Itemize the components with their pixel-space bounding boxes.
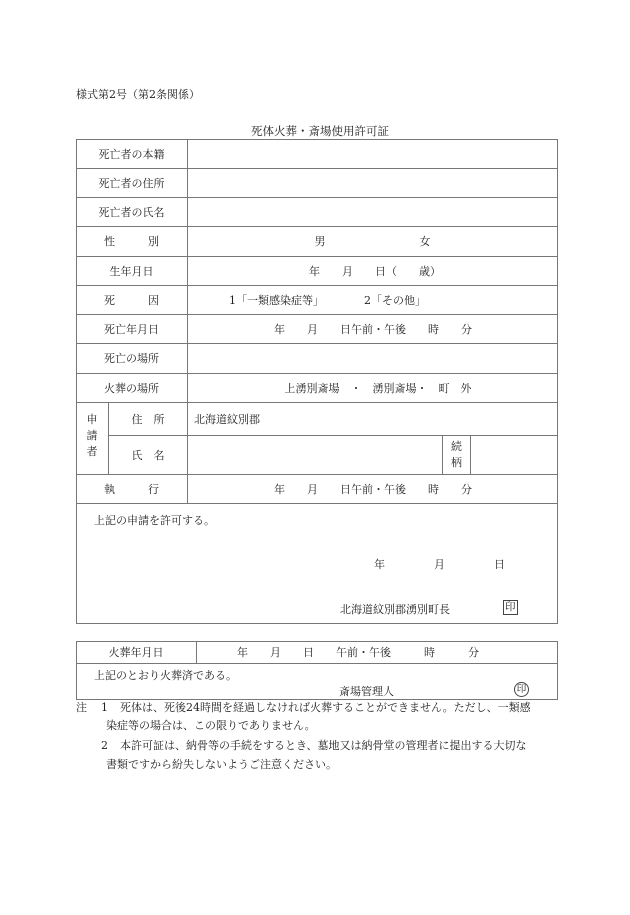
label-death-date: 死亡年月日 xyxy=(76,314,187,343)
note-number: 1 xyxy=(101,700,108,716)
note-1-line-2: 染症等の場合は、この限りでありません。 xyxy=(106,718,316,734)
official-seal-icon: 印 xyxy=(503,600,518,615)
permission-statement: 上記の申請を許可する。 xyxy=(94,512,215,528)
note-1-line-1: 死体は、死後24時間を経過しなければ火葬することができません。ただし、一類感 xyxy=(120,700,531,716)
domicile-field[interactable] xyxy=(188,139,557,168)
column-divider xyxy=(196,641,197,663)
execution-date-field[interactable]: 年 月 日午前・午後 時 分 xyxy=(258,474,488,503)
note-2-line-1: 本許可証は、納骨等の手続をするとき、墓地又は納骨堂の管理者に提出する大切な xyxy=(120,738,527,754)
death-date-field[interactable]: 年 月 日午前・午後 時 分 xyxy=(258,314,488,343)
applicant-group-label: 申 請 者 xyxy=(76,412,108,460)
label-address: 死亡者の住所 xyxy=(76,168,187,197)
cause-option-other[interactable]: 2「その他」 xyxy=(364,285,434,314)
cremation-place-options[interactable]: 上湧別斎場 ・ 湧別斎場・ 町 外 xyxy=(268,373,488,402)
seal-mark: 印 xyxy=(503,600,518,615)
label-cremation-date: 火葬年月日 xyxy=(76,641,196,663)
relation-char: 柄 xyxy=(443,455,470,471)
label-name: 死亡者の氏名 xyxy=(76,197,187,226)
applicant-char: 者 xyxy=(76,444,108,460)
table-border-bottom xyxy=(76,623,558,624)
table-border-right xyxy=(557,641,558,700)
notes-prefix: 注 xyxy=(76,700,87,716)
applicant-char: 請 xyxy=(76,428,108,444)
birthdate-field[interactable]: 年 月 日（ 歳） xyxy=(300,256,450,285)
row-divider xyxy=(76,503,558,504)
form-number: 様式第2号（第2条関係） xyxy=(76,86,200,102)
label-relationship: 続 柄 xyxy=(443,439,470,471)
relationship-field[interactable] xyxy=(471,435,557,474)
applicant-char: 申 xyxy=(76,412,108,428)
table-border-right xyxy=(557,139,558,624)
permission-date-day: 日 xyxy=(494,556,505,572)
cremation-date-field[interactable]: 年 月 日 午前・午後 時 分 xyxy=(237,641,537,663)
seal-mark: 印 xyxy=(514,682,529,697)
gender-option-female[interactable]: 女 xyxy=(413,226,437,256)
label-applicant-address: 住 所 xyxy=(109,402,187,435)
issuer-title: 北海道紋別郡湧別町長 xyxy=(340,601,450,617)
note-2-line-2: 書類ですから紛失しないようご注意ください。 xyxy=(106,757,337,773)
label-domicile: 死亡者の本籍 xyxy=(76,139,187,168)
document-title: 死体火葬・斎場使用許可証 xyxy=(0,123,630,139)
label-cremation-place: 火葬の場所 xyxy=(76,373,187,402)
label-applicant-name: 氏 名 xyxy=(109,435,187,474)
relation-char: 続 xyxy=(443,439,470,455)
manager-seal-icon: 印 xyxy=(514,682,529,697)
permission-date-year: 年 xyxy=(374,556,385,572)
gender-option-male[interactable]: 男 xyxy=(308,226,332,256)
crematorium-manager-label: 斎場管理人 xyxy=(339,683,394,699)
applicant-address-field[interactable]: 北海道紋別郡 xyxy=(194,402,554,435)
address-field[interactable] xyxy=(188,168,557,197)
label-execution: 執 行 xyxy=(76,474,187,503)
row-divider xyxy=(76,663,558,664)
applicant-name-field[interactable] xyxy=(188,435,442,474)
label-gender: 性 別 xyxy=(76,226,187,256)
label-birthdate: 生年月日 xyxy=(76,256,187,285)
label-cause-of-death: 死 因 xyxy=(76,285,187,314)
permission-date-month: 月 xyxy=(434,556,445,572)
cause-option-infectious[interactable]: 1「一類感染症等」 xyxy=(229,285,339,314)
note-number: 2 xyxy=(101,738,108,754)
name-field[interactable] xyxy=(188,197,557,226)
place-of-death-field[interactable] xyxy=(188,343,557,373)
label-place-of-death: 死亡の場所 xyxy=(76,343,187,373)
cremation-complete-statement: 上記のとおり火葬済である。 xyxy=(94,667,237,683)
